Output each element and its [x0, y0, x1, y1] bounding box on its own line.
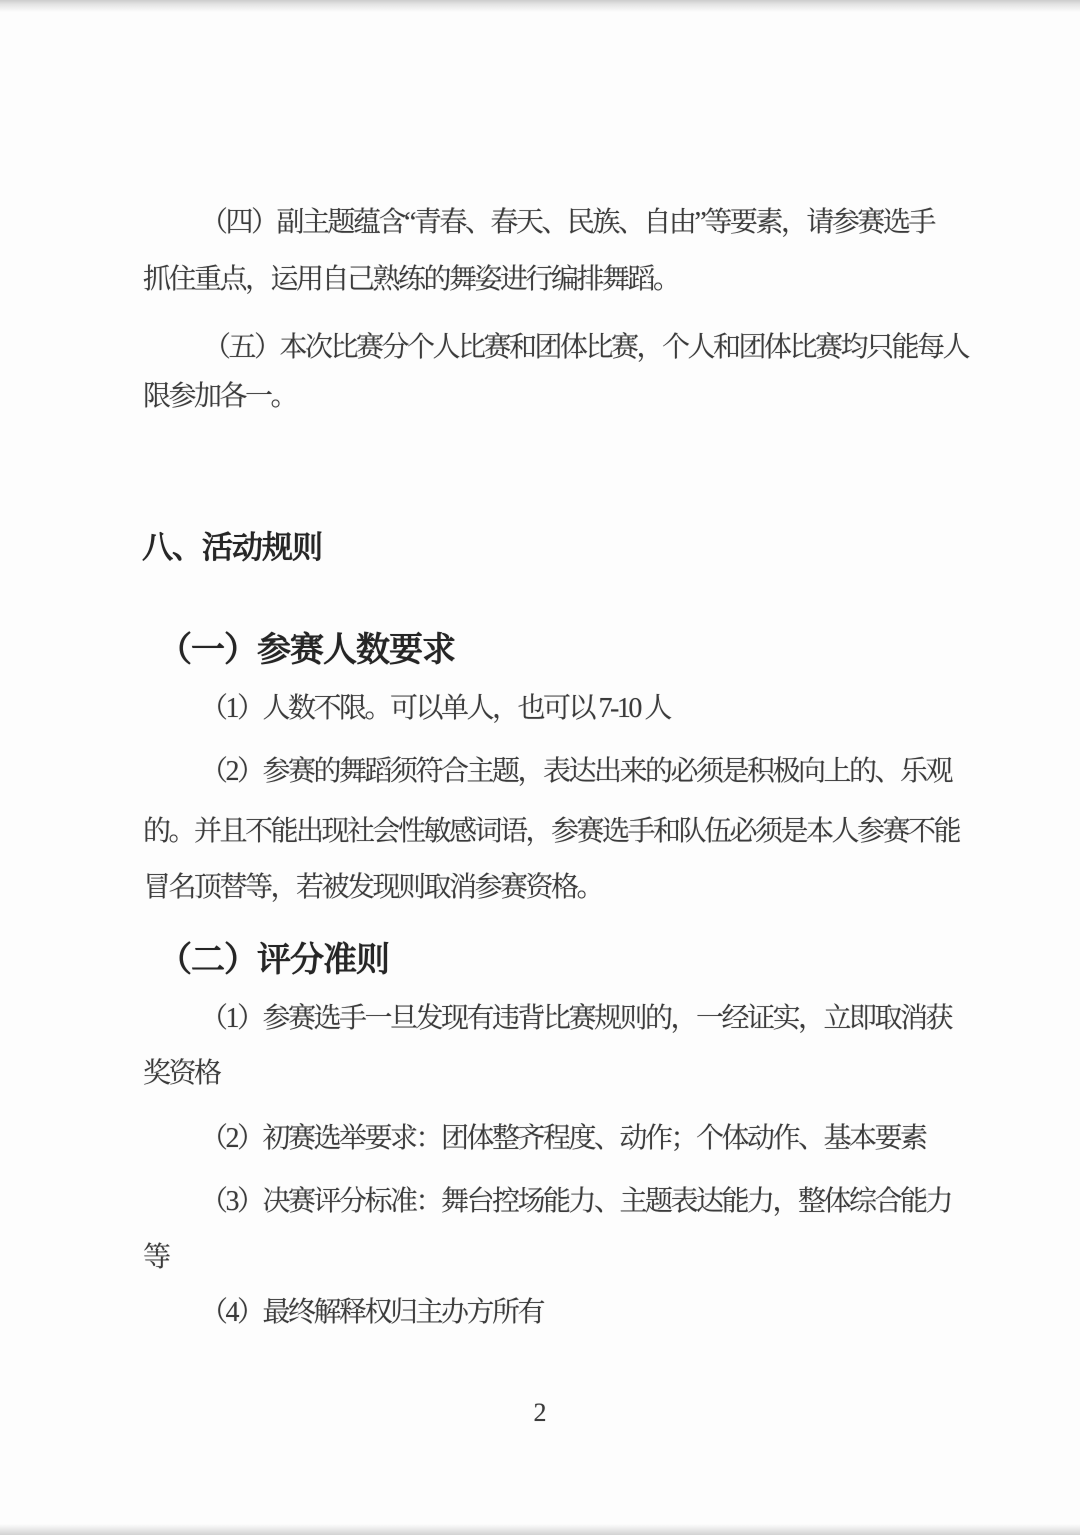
- list-item-line: （2）参赛的舞蹈须符合主题，表达出来的必须是积极向上的、乐观: [200, 755, 951, 789]
- page-bottom-edge: [0, 1524, 1080, 1535]
- list-item-line: （1）人数不限。可以单人，也可以 7-10 人: [200, 692, 670, 726]
- paragraph-line: 的。并且不能出现社会性敏感词语，参赛选手和队伍必须是本人参赛不能: [143, 815, 959, 849]
- page-top-edge: [0, 0, 1080, 12]
- list-item-line: （1）参赛选手一旦发现有违背比赛规则的，一经证实，立即取消获: [200, 1002, 951, 1036]
- subsection-heading: （二）评分准则: [158, 940, 389, 980]
- section-heading: 八、活动规则: [142, 530, 322, 566]
- document-page: （四）副主题蕴含“青春、春天、民族、自由”等要素，请参赛选手 抓住重点，运用自己…: [0, 0, 1080, 1535]
- list-item-line: （2）初赛选举要求：团体整齐程度、动作；个体动作、基本要素: [200, 1122, 926, 1156]
- paragraph-line: 奖资格: [143, 1057, 220, 1091]
- paragraph-line: 抓住重点，运用自己熟练的舞姿进行编排舞蹈。: [143, 263, 679, 297]
- page-number: 2: [0, 1398, 1080, 1428]
- paragraph-line: （四）副主题蕴含“青春、春天、民族、自由”等要素，请参赛选手: [200, 206, 934, 240]
- subsection-heading: （一）参赛人数要求: [158, 630, 455, 670]
- paragraph-line: 限参加各一。: [143, 380, 296, 414]
- list-item-line: （3）决赛评分标准：舞台控场能力、主题表达能力，整体综合能力: [200, 1185, 951, 1219]
- list-item-line: （4）最终解释权归主办方所有: [200, 1296, 543, 1330]
- paragraph-line: 冒名顶替等，若被发现则取消参赛资格。: [143, 871, 602, 905]
- paragraph-line: 等: [143, 1241, 169, 1275]
- paragraph-line: （五）本次比赛分个人比赛和团体比赛，个人和团体比赛均只能每人: [203, 331, 968, 365]
